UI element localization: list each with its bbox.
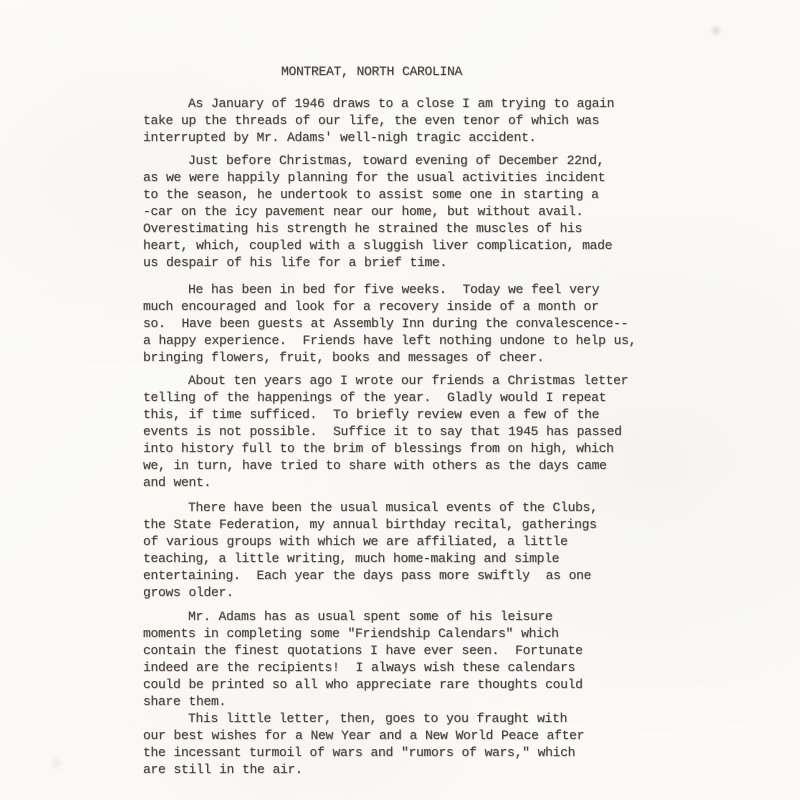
letter-paragraph-5: There have been the usual musical events… (143, 499, 673, 601)
letter-paragraph-2: Just before Christmas, toward evening of… (143, 152, 673, 271)
letter-paragraph-1: As January of 1946 draws to a close I am… (143, 95, 673, 146)
letter-body: MONTREAT, NORTH CAROLINA As January of 1… (143, 63, 673, 786)
letter-paragraph-6: Mr. Adams has as usual spent some of his… (143, 608, 673, 710)
letter-heading: MONTREAT, NORTH CAROLINA (281, 63, 673, 80)
letter-paragraph-3: He has been in bed for five weeks. Today… (143, 281, 673, 366)
letter-paragraph-7: This little letter, then, goes to you fr… (143, 710, 673, 778)
letter-paragraph-4: About ten years ago I wrote our friends … (143, 372, 673, 491)
letter-page: MONTREAT, NORTH CAROLINA As January of 1… (0, 0, 800, 800)
